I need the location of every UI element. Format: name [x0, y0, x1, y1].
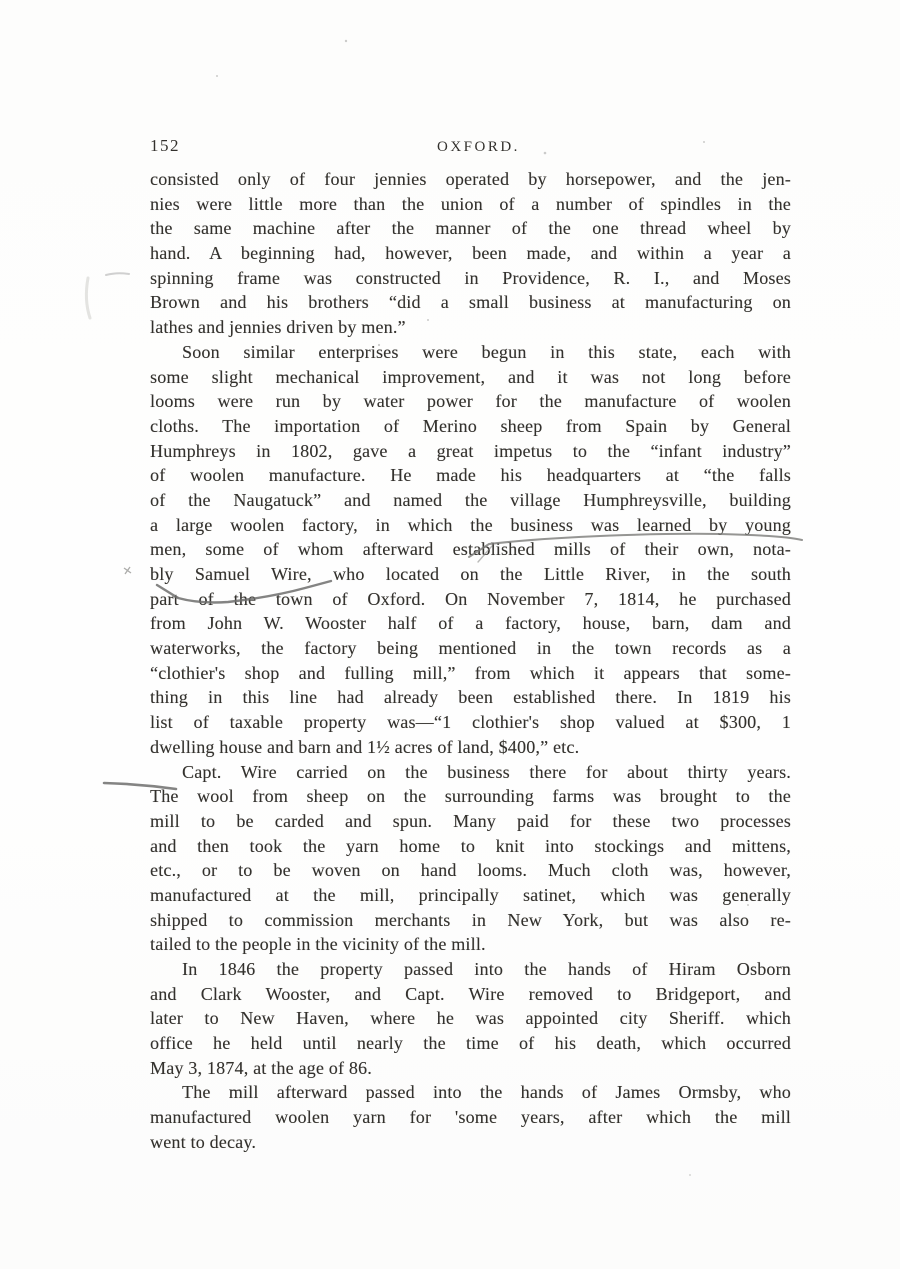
- text-line: spinning frame was constructed in Provid…: [150, 266, 791, 291]
- text-line: list of taxable property was—“1 clothier…: [150, 710, 791, 735]
- text-line: hand. A beginning had, however, been mad…: [150, 241, 791, 266]
- running-title: OXFORD.: [437, 139, 520, 156]
- text-line: Humphreys in 1802, gave a great impetus …: [150, 439, 791, 464]
- page-number: 152: [150, 136, 180, 156]
- text-line: mill to be carded and spun. Many paid fo…: [150, 809, 791, 834]
- page-body: consisted only of four jennies operated …: [150, 167, 791, 1155]
- text-line: dwelling house and barn and 1½ acres of …: [150, 735, 791, 760]
- text-line: nies were little more than the union of …: [150, 192, 791, 217]
- text-line: Brown and his brothers “did a small busi…: [150, 290, 791, 315]
- text-line: Soon similar enterprises were begun in t…: [150, 340, 791, 365]
- text-line: waterworks, the factory being mentioned …: [150, 636, 791, 661]
- text-line: etc., or to be woven on hand looms. Much…: [150, 858, 791, 883]
- book-page: 152 OXFORD. consisted only of four jenni…: [0, 0, 900, 1269]
- text-line: thing in this line had already been esta…: [150, 685, 791, 710]
- scan-edge-shading: [86, 278, 90, 318]
- text-line: “clothier's shop and fulling mill,” from…: [150, 661, 791, 686]
- text-line: some slight mechanical improvement, and …: [150, 365, 791, 390]
- text-line: and Clark Wooster, and Capt. Wire remove…: [150, 982, 791, 1007]
- text-line: manufactured at the mill, principally sa…: [150, 883, 791, 908]
- text-line: later to New Haven, where he was appoint…: [150, 1006, 791, 1031]
- text-line: looms were run by water power for the ma…: [150, 389, 791, 414]
- text-line: and then took the yarn home to knit into…: [150, 834, 791, 859]
- pencil-margin-dash-spinning: [106, 273, 129, 275]
- text-line: cloths. The importation of Merino sheep …: [150, 414, 791, 439]
- text-line: In 1846 the property passed into the han…: [150, 957, 791, 982]
- text-line: May 3, 1874, at the age of 86.: [150, 1056, 791, 1081]
- text-line: bly Samuel Wire, who located on the Litt…: [150, 562, 791, 587]
- text-line: part of the town of Oxford. On November …: [150, 587, 791, 612]
- text-line: manufactured woolen yarn for 'some years…: [150, 1105, 791, 1130]
- text-line: from John W. Wooster half of a factory, …: [150, 611, 791, 636]
- text-line: the same machine after the manner of the…: [150, 216, 791, 241]
- text-line: consisted only of four jennies operated …: [150, 167, 791, 192]
- text-line: The wool from sheep on the surrounding f…: [150, 784, 791, 809]
- text-line: went to decay.: [150, 1130, 791, 1155]
- text-line: lathes and jennies driven by men.”: [150, 315, 791, 340]
- text-line: men, some of whom afterward established …: [150, 537, 791, 562]
- text-line: shipped to commission merchants in New Y…: [150, 908, 791, 933]
- pencil-asterisk-annotation: [124, 567, 131, 574]
- text-line: of the Naugatuck” and named the village …: [150, 488, 791, 513]
- text-line: office he held until nearly the time of …: [150, 1031, 791, 1056]
- text-line: of woolen manufacture. He made his headq…: [150, 463, 791, 488]
- text-line: The mill afterward passed into the hands…: [150, 1080, 791, 1105]
- text-line: Capt. Wire carried on the business there…: [150, 760, 791, 785]
- text-line: a large woolen factory, in which the bus…: [150, 513, 791, 538]
- text-line: tailed to the people in the vicinity of …: [150, 932, 791, 957]
